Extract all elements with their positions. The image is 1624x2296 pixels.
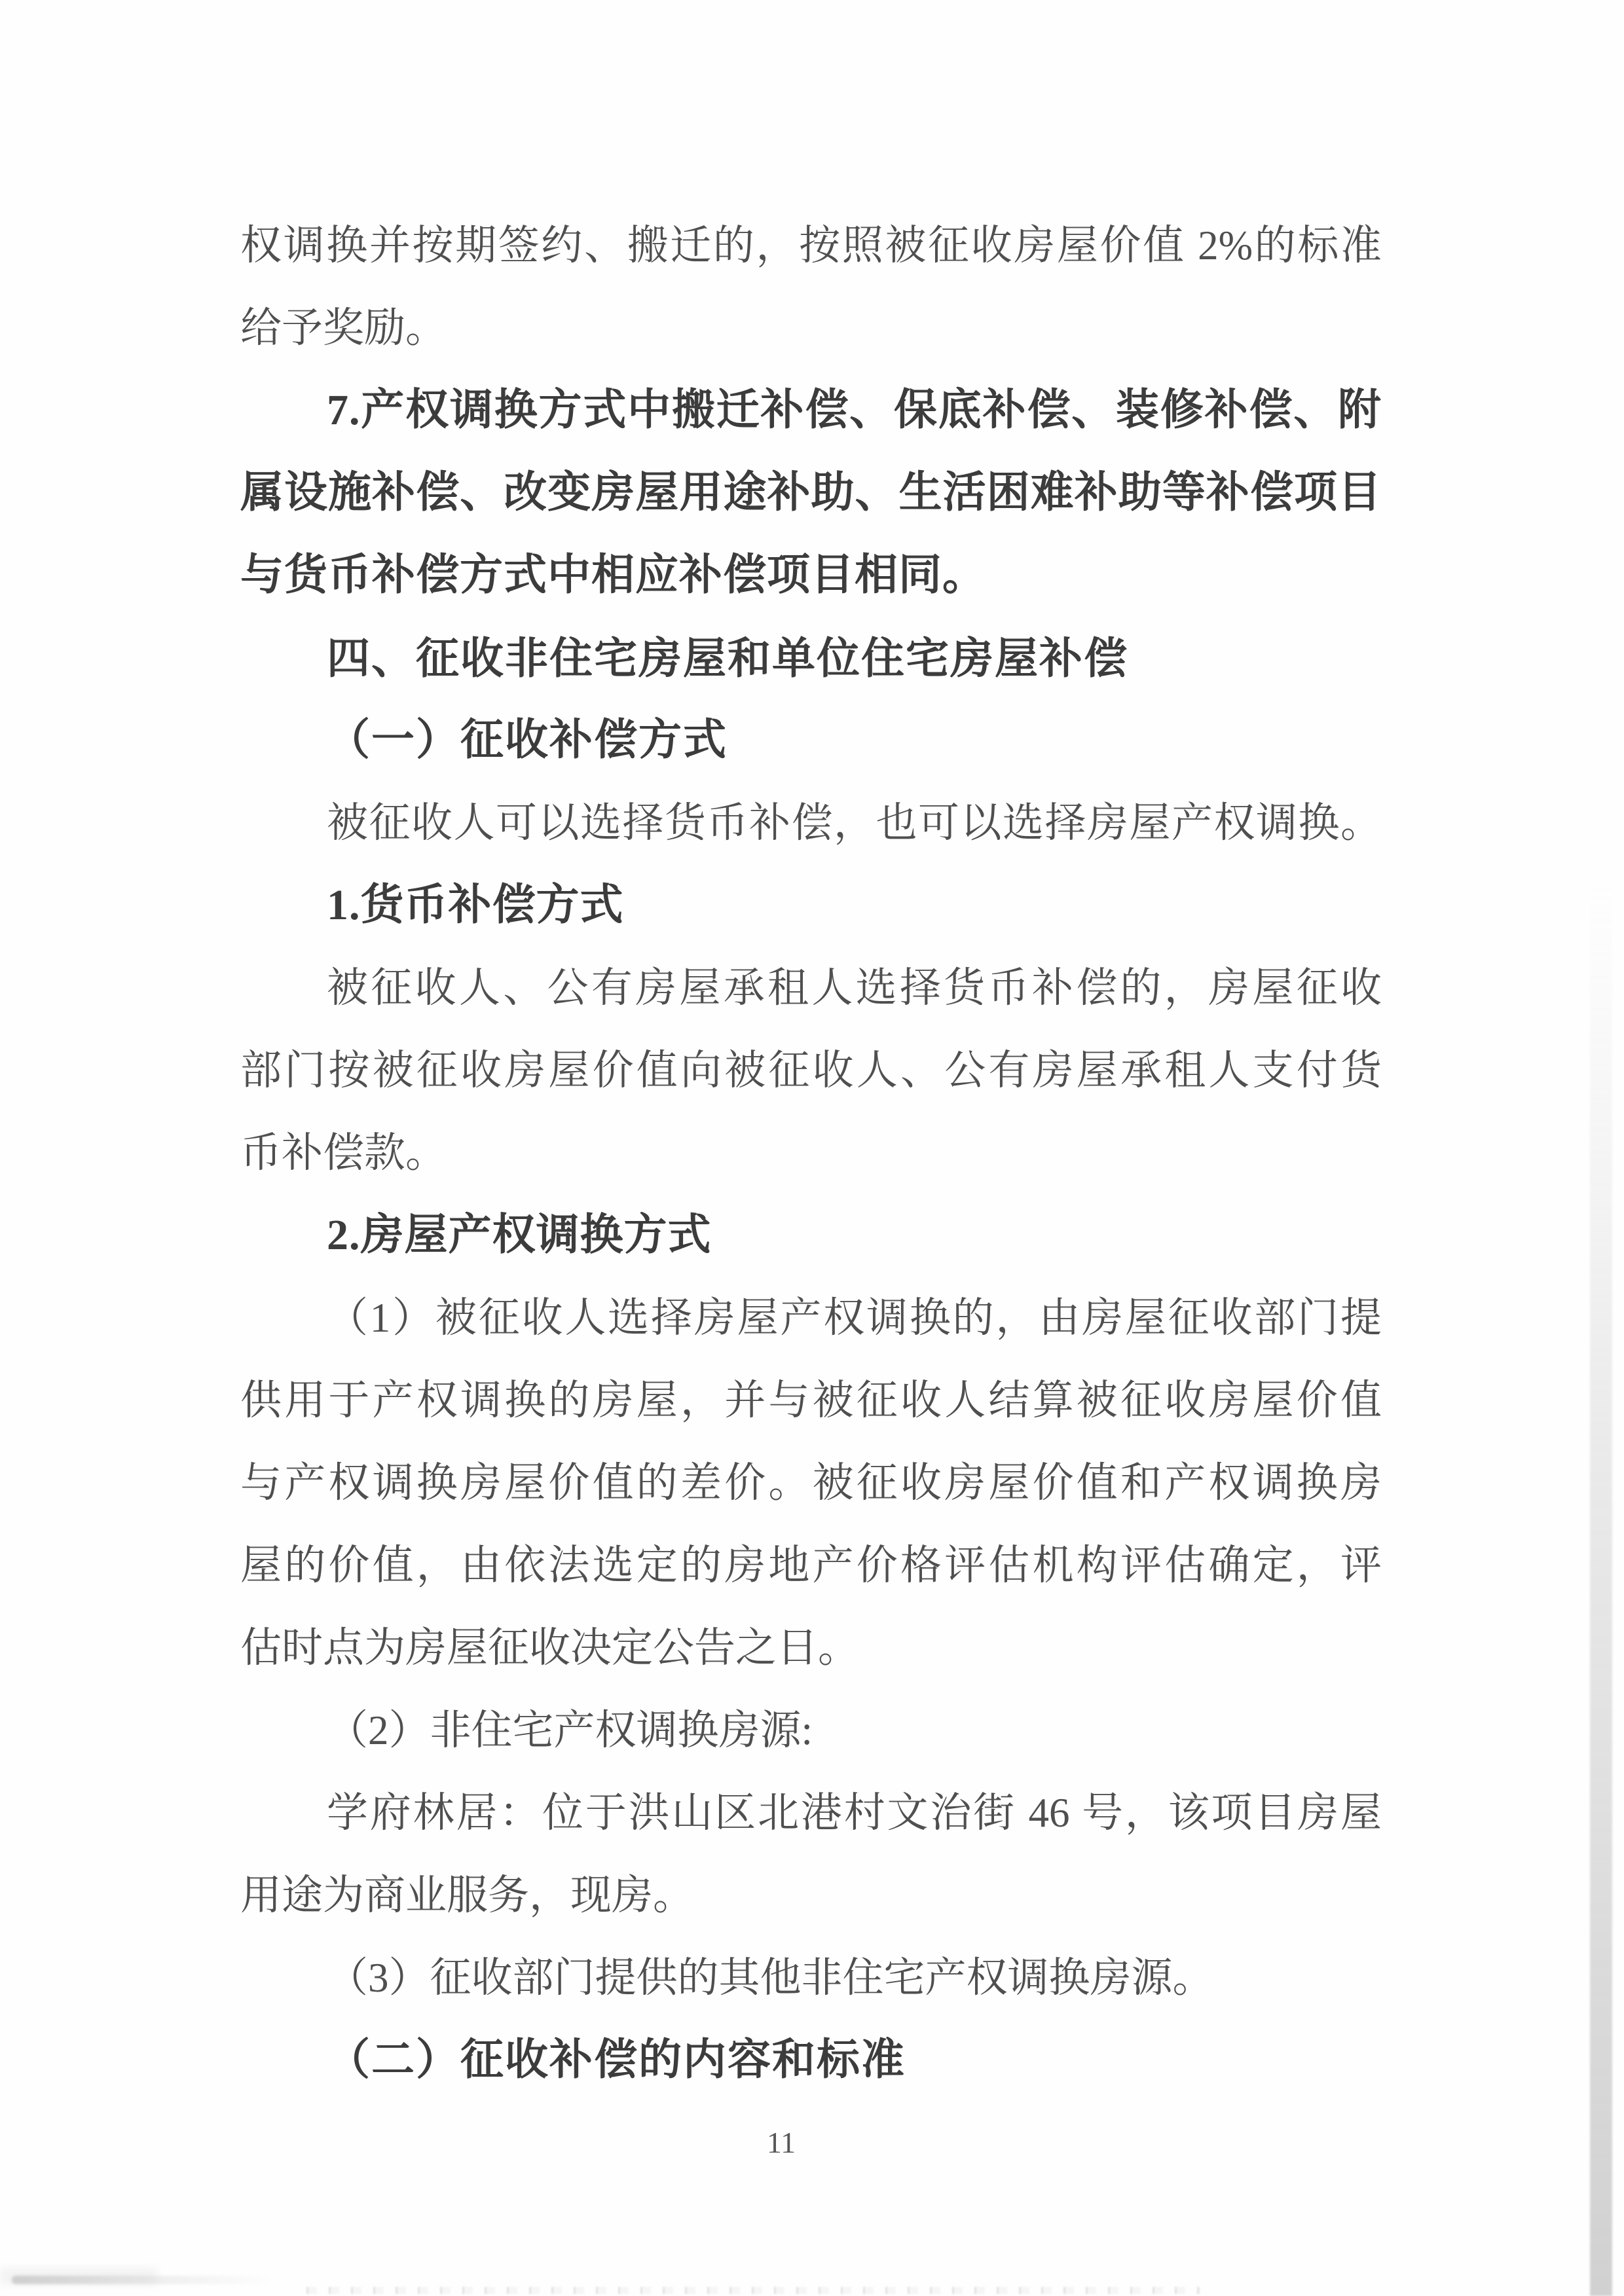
paragraph-line: 给予奖励。 <box>240 287 1382 369</box>
document-body: 权调换并按期签约、搬迁的，按照被征收房屋价值 2%的标准 给予奖励。 7.产权调… <box>240 204 1382 2102</box>
paragraph-line: 权调换并按期签约、搬迁的，按照被征收房屋价值 2%的标准 <box>240 204 1382 287</box>
paragraph-line: （2）非住宅产权调换房源: <box>240 1689 1382 1772</box>
section-heading: 四、征收非住宅房屋和单位住宅房屋补偿 <box>240 617 1382 699</box>
paragraph-line: 供用于产权调换的房屋，并与被征收人结算被征收房屋价值 <box>240 1359 1382 1442</box>
bold-paragraph-line: 属设施补偿、改变房屋用途补助、生活困难补助等补偿项目 <box>240 452 1382 534</box>
paragraph-line: 估时点为房屋征收决定公告之日。 <box>240 1607 1382 1689</box>
paragraph-line: （1）被征收人选择房屋产权调换的，由房屋征收部门提 <box>240 1277 1382 1359</box>
paragraph-line: 币补偿款。 <box>240 1112 1382 1194</box>
paragraph-line: 被征收人可以选择货币补偿，也可以选择房屋产权调换。 <box>240 782 1382 864</box>
paragraph-line: 学府林居：位于洪山区北港村文治街 46 号，该项目房屋 <box>240 1772 1382 1854</box>
paragraph-line: 屋的价值，由依法选定的房地产价格评估机构评估确定，评 <box>240 1524 1382 1607</box>
scanned-document-page: 权调换并按期签约、搬迁的，按照被征收房屋价值 2%的标准 给予奖励。 7.产权调… <box>0 0 1624 2296</box>
bold-paragraph-line: 与货币补偿方式中相应补偿项目相同。 <box>240 534 1382 617</box>
subsection-heading: （二）征收补偿的内容和标准 <box>240 2019 1382 2102</box>
paragraph-line: 部门按被征收房屋价值向被征收人、公有房屋承租人支付货 <box>240 1029 1382 1112</box>
item-heading: 2.房屋产权调换方式 <box>240 1194 1382 1277</box>
scan-artifact-smudge <box>12 2276 274 2284</box>
bold-paragraph-line: 7.产权调换方式中搬迁补偿、保底补偿、装修补偿、附 <box>240 369 1382 452</box>
paragraph-line: 被征收人、公有房屋承租人选择货币补偿的，房屋征收 <box>240 947 1382 1029</box>
scan-artifact-page-edge <box>1590 884 1612 2296</box>
subsection-heading: （一）征收补偿方式 <box>240 699 1382 782</box>
scan-artifact-ghost-text <box>306 2287 1200 2294</box>
item-heading: 1.货币补偿方式 <box>240 864 1382 947</box>
page-number: 11 <box>0 2120 1562 2166</box>
paragraph-line: 与产权调换房屋价值的差价。被征收房屋价值和产权调换房 <box>240 1442 1382 1524</box>
paragraph-line: （3）征收部门提供的其他非住宅产权调换房源。 <box>240 1937 1382 2019</box>
paragraph-line: 用途为商业服务，现房。 <box>240 1854 1382 1937</box>
